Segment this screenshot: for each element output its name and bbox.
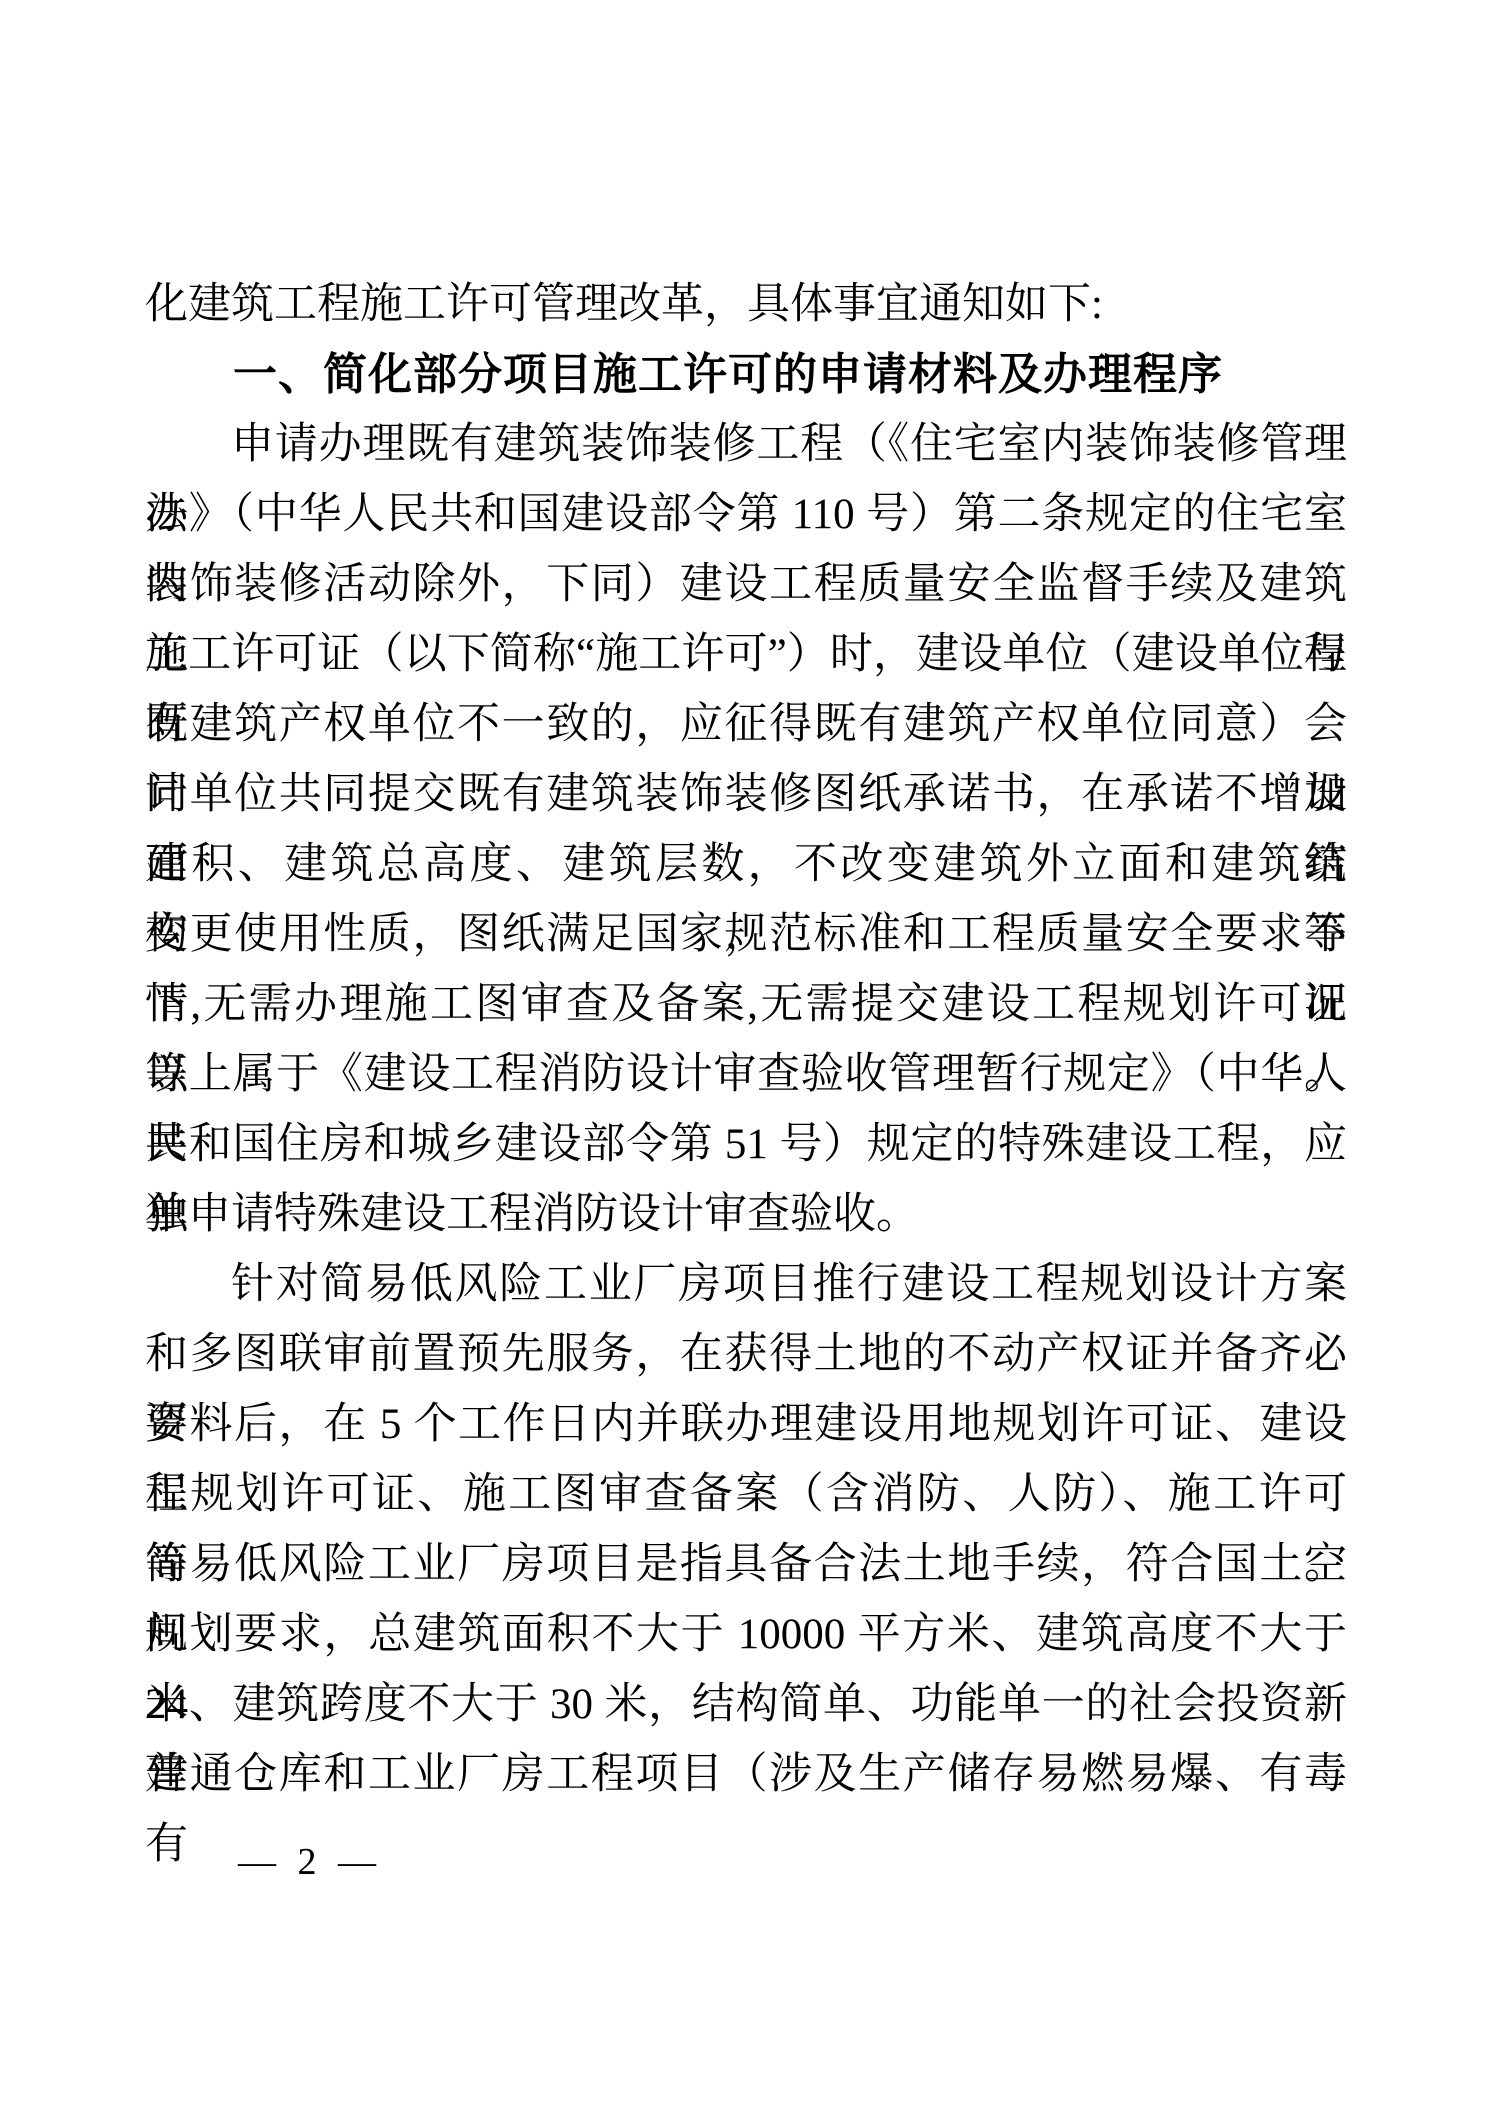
body-line: 资料后，在 5 个工作日内并联办理建设用地规划许可证、建设工: [145, 1390, 1347, 1460]
body-line: 和多图联审前置预先服务，在获得土地的不动产权证并备齐必要: [145, 1320, 1347, 1390]
body-line: 下,无需办理施工图审查及备案,无需提交建设工程规划许可证等。: [145, 970, 1347, 1040]
section-heading: 一、简化部分项目施工许可的申请材料及办理程序: [145, 340, 1347, 410]
body-line: 面积、建筑总高度、建筑层数，不改变建筑外立面和建筑结构，不: [145, 830, 1347, 900]
body-line: 装饰装修活动除外，下同）建设工程质量安全监督手续及建筑工程: [145, 550, 1347, 620]
body-line: 规划要求，总建筑面积不大于 10000 平方米、建筑高度不大于 24: [145, 1600, 1347, 1670]
body-line: 申请办理既有建筑装饰装修工程（《住宅室内装饰装修管理办: [145, 410, 1347, 480]
body-line: 简易低风险工业厂房项目是指具备合法土地手续，符合国土空间: [145, 1530, 1347, 1600]
body-line: 程规划许可证、施工图审查备案（含消防、人防）、施工许可等。: [145, 1460, 1347, 1530]
body-line: 以上属于《建设工程消防设计审查验收管理暂行规定》（中华人民: [145, 1040, 1347, 1110]
body-line: 针对简易低风险工业厂房项目推行建设工程规划设计方案: [145, 1250, 1347, 1320]
body-line: 米、建筑跨度不大于 30 米，结构简单、功能单一的社会投资新建: [145, 1670, 1347, 1740]
body-line: 普通仓库和工业厂房工程项目（涉及生产储存易燃易爆、有毒有: [145, 1740, 1347, 1810]
body-line: 独申请特殊建设工程消防设计审查验收。: [145, 1180, 1347, 1250]
body-line: 共和国住房和城乡建设部令第 51 号）规定的特殊建设工程，应单: [145, 1110, 1347, 1180]
document-page: 化建筑工程施工许可管理改革，具体事宜通知如下: 一、简化部分项目施工许可的申请材…: [0, 0, 1488, 2104]
body-line: 有建筑产权单位不一致的，应征得既有建筑产权单位同意）会同设: [145, 690, 1347, 760]
paragraph-2: 针对简易低风险工业厂房项目推行建设工程规划设计方案 和多图联审前置预先服务，在获…: [145, 1250, 1347, 1810]
body-line: 计单位共同提交既有建筑装饰装修图纸承诺书，在承诺不增加建筑: [145, 760, 1347, 830]
intro-continuation-line: 化建筑工程施工许可管理改革，具体事宜通知如下:: [145, 270, 1347, 340]
body-line: 变更使用性质，图纸满足国家规范标准和工程质量安全要求等情况: [145, 900, 1347, 970]
body-line: 法》（中华人民共和国建设部令第 110 号）第二条规定的住宅室内: [145, 480, 1347, 550]
document-body: 化建筑工程施工许可管理改革，具体事宜通知如下: 一、简化部分项目施工许可的申请材…: [145, 270, 1347, 1810]
paragraph-1: 申请办理既有建筑装饰装修工程（《住宅室内装饰装修管理办 法》（中华人民共和国建设…: [145, 410, 1347, 1250]
body-line: 施工许可证（以下简称“施工许可”）时，建设单位（建设单位与既: [145, 620, 1347, 690]
page-number: — 2 —: [238, 1838, 382, 1886]
